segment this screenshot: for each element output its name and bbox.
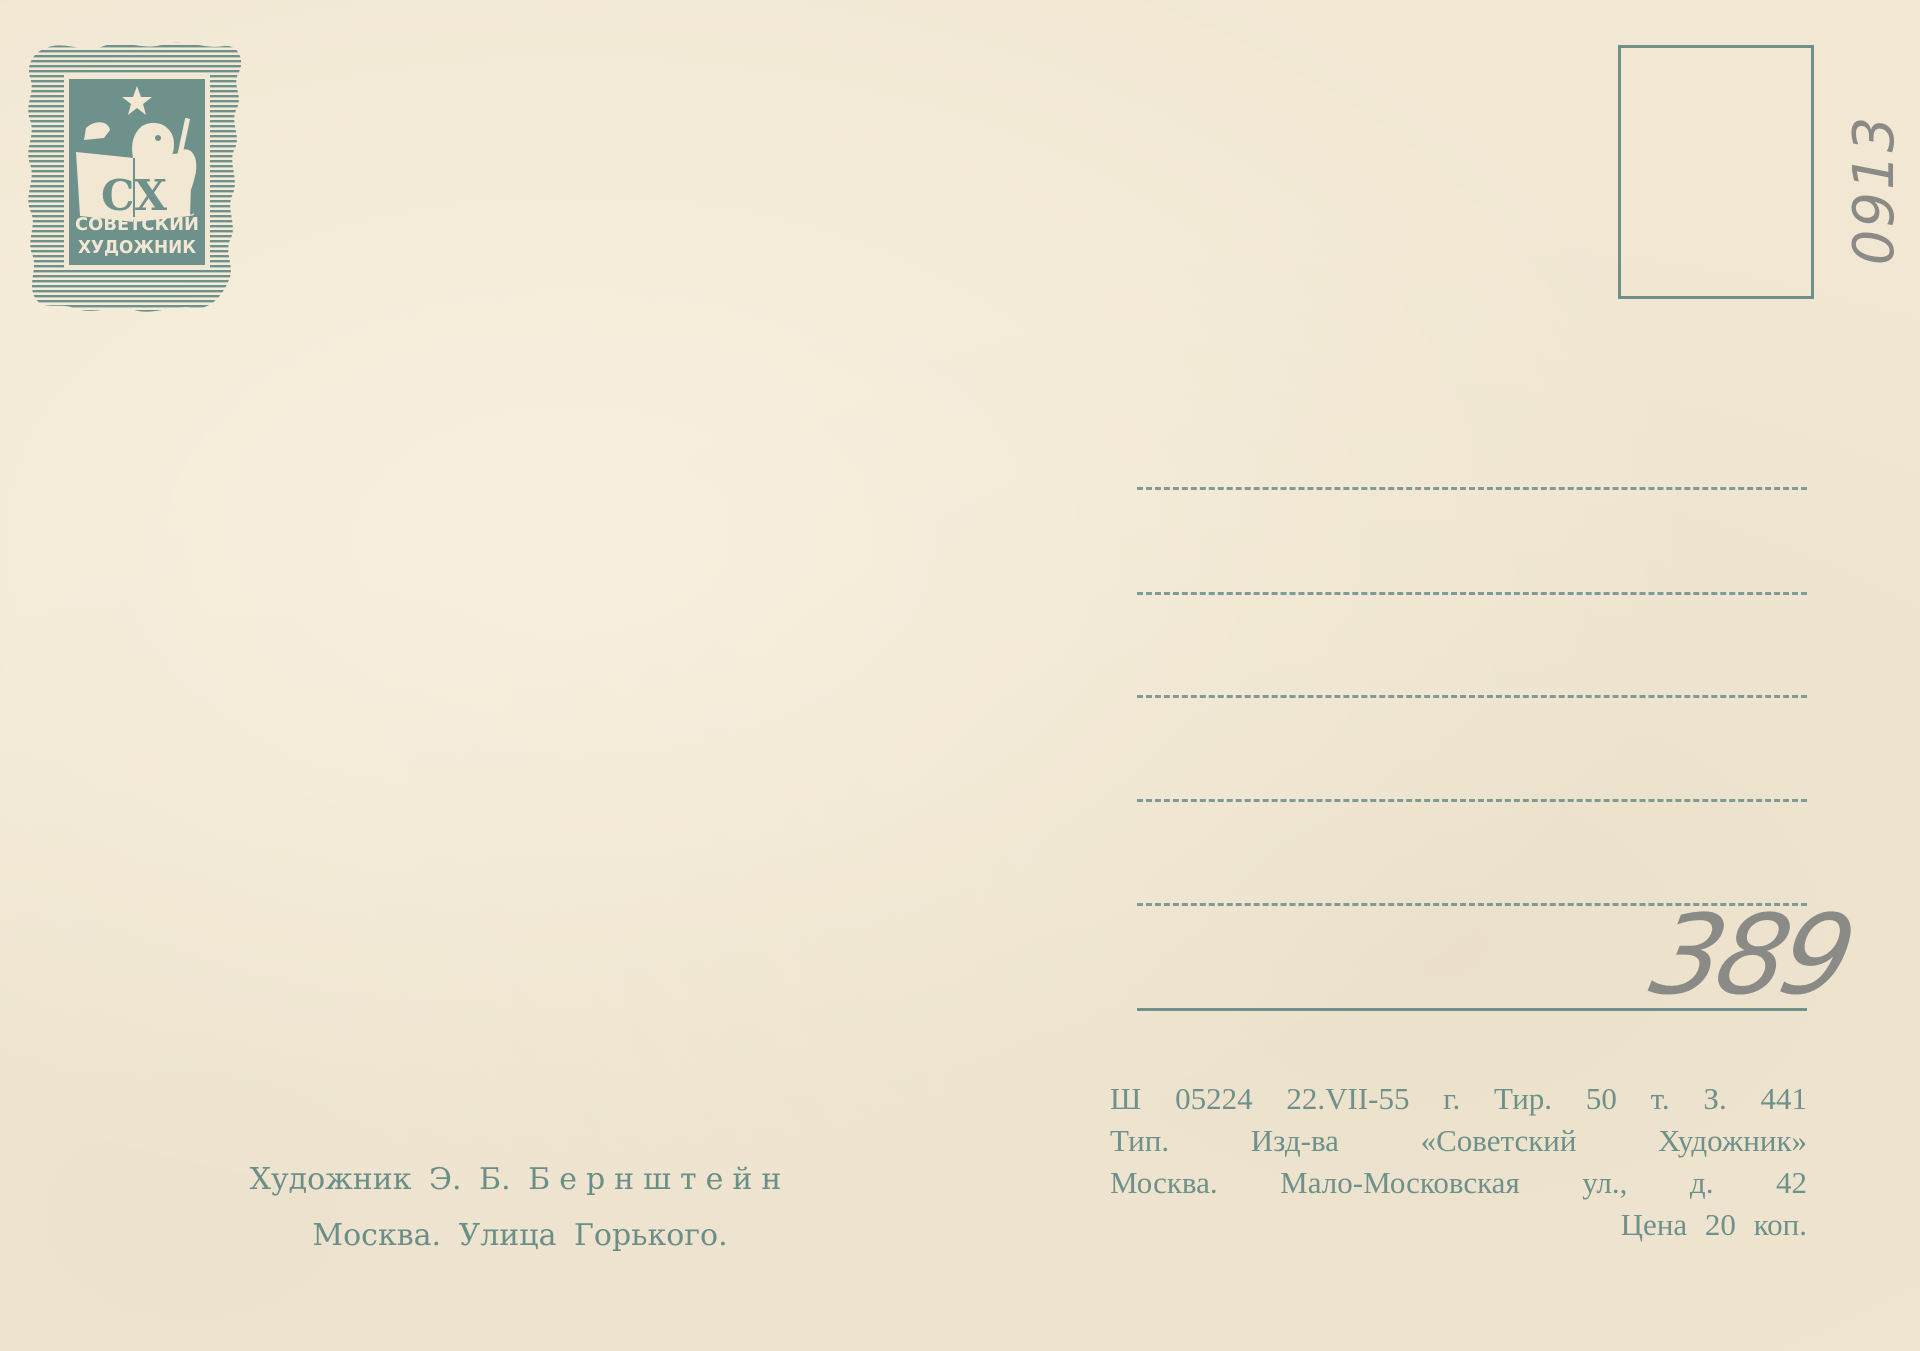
pencil-note-vertical: 0913: [1845, 110, 1905, 270]
publisher-emblem-icon: СХ СОВЕТСКИЙ ХУДОЖНИК: [24, 40, 246, 316]
stamp-box: [1618, 45, 1814, 299]
address-line-2: [1137, 592, 1807, 595]
address-line-3: [1137, 695, 1807, 698]
publisher-logo: СХ СОВЕТСКИЙ ХУДОЖНИК: [24, 40, 246, 316]
imprint-line-address: Москва. Мало-Московская ул., д. 42: [1110, 1162, 1807, 1204]
printer-imprint: Ш 05224 22.VII-55 г. Тир. 50 т. З. 441 Т…: [1110, 1078, 1807, 1246]
artist-prefix: Художник Э. Б.: [250, 1162, 511, 1197]
svg-text:СОВЕТСКИЙ: СОВЕТСКИЙ: [75, 213, 199, 235]
imprint-line-order: Ш 05224 22.VII-55 г. Тир. 50 т. З. 441: [1110, 1078, 1807, 1120]
address-line-4: [1137, 799, 1807, 802]
postcard-caption: Художник Э. Б. Бернштейн Москва. Улица Г…: [150, 1152, 890, 1264]
imprint-line-price: Цена 20 коп.: [1110, 1204, 1807, 1246]
artist-surname: Бернштейн: [528, 1162, 790, 1197]
pencil-note-number: 389: [1642, 895, 1859, 1015]
svg-text:СХ: СХ: [101, 171, 167, 220]
address-line-1: [1137, 487, 1807, 490]
imprint-line-printer: Тип. Изд-ва «Советский Художник»: [1110, 1120, 1807, 1162]
artwork-title: Москва. Улица Горького.: [150, 1208, 890, 1264]
artist-credit: Художник Э. Б. Бернштейн: [150, 1152, 890, 1208]
svg-text:ХУДОЖНИК: ХУДОЖНИК: [78, 237, 196, 258]
